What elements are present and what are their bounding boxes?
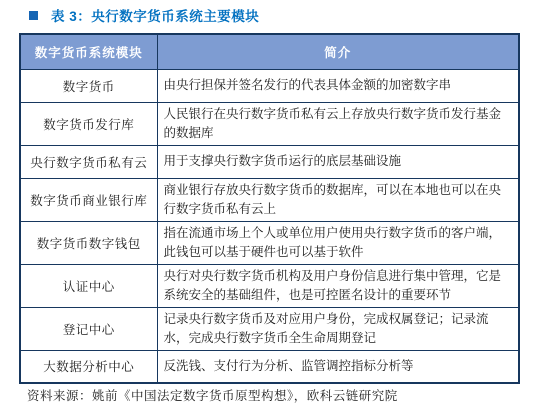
desc-cell: 商业银行存放央行数字货币的数据库，可以在本地也可以在央行数字货币私有云上: [157, 178, 519, 221]
module-cell: 数字货币数字钱包: [20, 221, 157, 264]
module-cell: 数字货币商业银行库: [20, 178, 157, 221]
report-table-page: 表 3：央行数字货币系统主要模块 数字货币系统模块 简介 数字货币 由央行担保并…: [0, 0, 541, 412]
desc-cell: 反洗钱、支付行为分析、监管调控指标分析等: [157, 350, 519, 383]
header-desc-column: 简介: [157, 34, 519, 69]
module-cell: 数字货币发行库: [20, 102, 157, 145]
table-row: 数字货币 由央行担保并签名发行的代表具体金额的加密数字串: [20, 69, 519, 102]
desc-cell: 由央行担保并签名发行的代表具体金额的加密数字串: [157, 69, 519, 102]
module-cell: 登记中心: [20, 307, 157, 350]
table-row: 大数据分析中心 反洗钱、支付行为分析、监管调控指标分析等: [20, 350, 519, 383]
desc-cell: 记录央行数字货币及对应用户身份，完成权属登记；记录流水，完成央行数字货币全生命周…: [157, 307, 519, 350]
square-bullet-icon: [29, 11, 38, 20]
table-row: 登记中心 记录央行数字货币及对应用户身份，完成权属登记；记录流水，完成央行数字货…: [20, 307, 519, 350]
table-row: 数字货币数字钱包 指在流通市场上个人或单位用户使用央行数字货币的客户端，此钱包可…: [20, 221, 519, 264]
table-row: 央行数字货币私有云 用于支撑央行数字货币运行的底层基础设施: [20, 145, 519, 178]
table-header-row: 数字货币系统模块 简介: [20, 34, 519, 69]
desc-cell: 指在流通市场上个人或单位用户使用央行数字货币的客户端，此钱包可以基于硬件也可以基…: [157, 221, 519, 264]
table-row: 认证中心 央行对央行数字货币机构及用户身份信息进行集中管理，它是系统安全的基础组…: [20, 264, 519, 307]
cbdc-modules-table: 数字货币系统模块 简介 数字货币 由央行担保并签名发行的代表具体金额的加密数字串…: [19, 33, 520, 384]
module-cell: 认证中心: [20, 264, 157, 307]
desc-cell: 用于支撑央行数字货币运行的底层基础设施: [157, 145, 519, 178]
module-cell: 大数据分析中心: [20, 350, 157, 383]
table-row: 数字货币商业银行库 商业银行存放央行数字货币的数据库，可以在本地也可以在央行数字…: [20, 178, 519, 221]
page-title: 表 3：央行数字货币系统主要模块: [51, 5, 259, 25]
desc-cell: 央行对央行数字货币机构及用户身份信息进行集中管理，它是系统安全的基础组件，也是可…: [157, 264, 519, 307]
module-cell: 数字货币: [20, 69, 157, 102]
header-module-column: 数字货币系统模块: [20, 34, 157, 69]
desc-cell: 人民银行在央行数字货币私有云上存放央行数字货币发行基金的数据库: [157, 102, 519, 145]
module-cell: 央行数字货币私有云: [20, 145, 157, 178]
table-title-block: 表 3：央行数字货币系统主要模块: [29, 5, 259, 25]
table-row: 数字货币发行库 人民银行在央行数字货币私有云上存放央行数字货币发行基金的数据库: [20, 102, 519, 145]
source-attribution: 资料来源：姚前《中国法定数字货币原型构想》，欧科云链研究院: [27, 386, 398, 404]
